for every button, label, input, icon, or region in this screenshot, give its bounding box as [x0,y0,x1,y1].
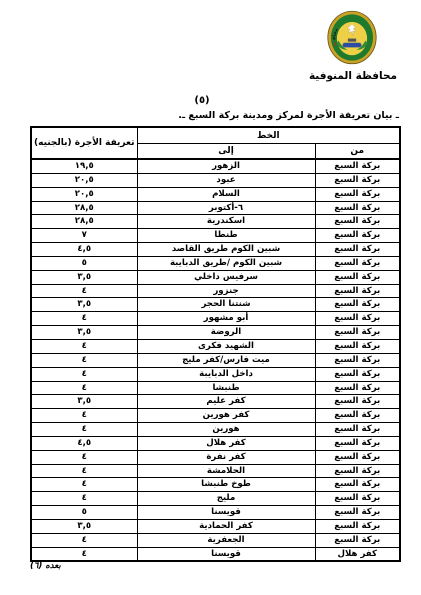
origin-cell: بركة السبع [315,436,400,450]
fare-cell: ٤ [31,464,137,478]
table-row: بركة السبع الجعفرية ٤ [31,533,400,547]
destination-cell: السلام [137,187,315,201]
origin-cell: بركة السبع [315,326,400,340]
origin-cell: كفر هلال [315,547,400,561]
destination-cell: كفر هلال [137,436,315,450]
table-row: بركة السبع كفر الحمادية ٣,٥ [31,519,400,533]
table-row: بركة السبع شبين الكوم /طريق الدبايبة ٥ [31,256,400,270]
route-group-header: الخط [137,127,400,144]
table-row: بركة السبع شنتنا الحجر ٣,٥ [31,298,400,312]
table-row: بركة السبع اسكندرية ٢٨,٥ [31,215,400,229]
destination-cell: طوخ طنبشا [137,478,315,492]
table-row: بركة السبع طوخ طنبشا ٤ [31,478,400,492]
origin-cell: بركة السبع [315,312,400,326]
to-column-header: إلى [137,144,315,160]
table-row: بركة السبع مليج ٤ [31,492,400,506]
governorate-name: محافظة المنوفية [304,70,402,82]
destination-cell: الجعفرية [137,533,315,547]
table-row: بركة السبع السلام ٢٠,٥ [31,187,400,201]
origin-cell: بركة السبع [315,409,400,423]
table-row: بركة السبع شبين الكوم طريق القاصد ٤,٥ [31,243,400,257]
fare-cell: ٣,٥ [31,298,137,312]
destination-cell: عبود [137,173,315,187]
origin-cell: بركة السبع [315,519,400,533]
fare-cell: ٢٨,٥ [31,215,137,229]
from-column-header: من [315,144,400,160]
page-number: (٥) [180,95,224,106]
origin-cell: بركة السبع [315,395,400,409]
fare-cell: ٤ [31,339,137,353]
table-row: بركة السبع قويسنا ٥ [31,506,400,520]
table-row: بركة السبع الشهيد فكرى ٤ [31,339,400,353]
document-title: ـ بيان تعريفة الأجرة لمركز ومدينة بركة ا… [178,110,399,121]
origin-cell: بركة السبع [315,533,400,547]
destination-cell: قويسنا [137,506,315,520]
origin-cell: بركة السبع [315,256,400,270]
table-row: بركة السبع كفر عليم ٣,٥ [31,395,400,409]
origin-cell: بركة السبع [315,229,400,243]
fare-cell: ٣,٥ [31,395,137,409]
origin-cell: بركة السبع [315,284,400,298]
fare-cell: ٥ [31,506,137,520]
origin-cell: بركة السبع [315,270,400,284]
origin-cell: بركة السبع [315,367,400,381]
destination-cell: الحلامشة [137,464,315,478]
fare-cell: ٤ [31,423,137,437]
table-row: بركة السبع ٦-أكتوبر ٢٨,٥ [31,201,400,215]
fare-cell: ٤ [31,409,137,423]
destination-cell: شبين الكوم طريق القاصد [137,243,315,257]
table-row: بركة السبع هورين ٤ [31,423,400,437]
fare-cell: ٢٠,٥ [31,173,137,187]
destination-cell: كفر هورين [137,409,315,423]
destination-cell: كفر الحمادية [137,519,315,533]
fare-cell: ٤ [31,547,137,561]
table-row: بركة السبع عبود ٢٠,٥ [31,173,400,187]
origin-cell: بركة السبع [315,353,400,367]
fare-cell: ٤ [31,312,137,326]
destination-cell: الروضة [137,326,315,340]
fare-column-header: تعريفة الأجرة (بالجنيه) [31,127,137,159]
table-row: بركة السبع سرفيس داخلي ٣,٥ [31,270,400,284]
destination-cell: ميت فارس/كفر مليج [137,353,315,367]
origin-cell: بركة السبع [315,464,400,478]
table-row: بركة السبع كفر نفرة ٤ [31,450,400,464]
fare-cell: ٥ [31,256,137,270]
destination-cell: سرفيس داخلي [137,270,315,284]
origin-cell: بركة السبع [315,298,400,312]
fare-cell: ٤ [31,450,137,464]
fare-cell: ٣,٥ [31,519,137,533]
destination-cell: الشهيد فكرى [137,339,315,353]
destination-cell: طنبشا [137,381,315,395]
table-row: بركة السبع الحلامشة ٤ [31,464,400,478]
fare-table: الخط تعريفة الأجرة (بالجنيه) من إلى بركة… [30,126,401,562]
destination-cell: اسكندرية [137,215,315,229]
table-row: بركة السبع داخل الدبايبة ٤ [31,367,400,381]
destination-cell: طنطا [137,229,315,243]
destination-cell: قويسنا [137,547,315,561]
origin-cell: بركة السبع [315,201,400,215]
table-row: بركة السبع الزهور ١٩,٥ [31,159,400,173]
fare-cell: ٤ [31,367,137,381]
fare-cell: ٤,٥ [31,436,137,450]
origin-cell: بركة السبع [315,450,400,464]
destination-cell: الزهور [137,159,315,173]
fare-cell: ٢٨,٥ [31,201,137,215]
fare-cell: ٤ [31,284,137,298]
table-row: بركة السبع طنبشا ٤ [31,381,400,395]
origin-cell: بركة السبع [315,492,400,506]
fare-cell: ٢٠,٥ [31,187,137,201]
fare-table-body: بركة السبع الزهور ١٩,٥ بركة السبع عبود ٢… [31,159,400,561]
table-row: بركة السبع الروضة ٣,٥ [31,326,400,340]
origin-cell: بركة السبع [315,243,400,257]
origin-cell: بركة السبع [315,506,400,520]
fare-cell: ٤ [31,478,137,492]
origin-cell: بركة السبع [315,478,400,492]
origin-cell: بركة السبع [315,423,400,437]
destination-cell: مليج [137,492,315,506]
menoufia-governorate-emblem-logo: محافظة المنوفية Menoufia Governorate [327,10,377,65]
table-row: بركة السبع طنطا ٧ [31,229,400,243]
table-row: بركة السبع أبو مشهور ٤ [31,312,400,326]
destination-cell: ٦-أكتوبر [137,201,315,215]
destination-cell: كفر نفرة [137,450,315,464]
origin-cell: بركة السبع [315,159,400,173]
table-row: كفر هلال قويسنا ٤ [31,547,400,561]
table-row: بركة السبع كفر هورين ٤ [31,409,400,423]
destination-cell: أبو مشهور [137,312,315,326]
destination-cell: شبين الكوم /طريق الدبايبة [137,256,315,270]
destination-cell: جنزور [137,284,315,298]
fare-cell: ٤ [31,353,137,367]
document-page: محافظة المنوفية Menoufia Governorate محا… [0,0,421,595]
next-page-note: بعده (٦) [30,561,61,571]
fare-cell: ٤,٥ [31,243,137,257]
table-row: بركة السبع كفر هلال ٤,٥ [31,436,400,450]
origin-cell: بركة السبع [315,215,400,229]
fare-cell: ١٩,٥ [31,159,137,173]
destination-cell: شنتنا الحجر [137,298,315,312]
fare-cell: ٤ [31,492,137,506]
origin-cell: بركة السبع [315,187,400,201]
table-row: بركة السبع جنزور ٤ [31,284,400,298]
destination-cell: كفر عليم [137,395,315,409]
fare-cell: ٤ [31,381,137,395]
table-row: بركة السبع ميت فارس/كفر مليج ٤ [31,353,400,367]
destination-cell: هورين [137,423,315,437]
fare-cell: ٧ [31,229,137,243]
fare-cell: ٤ [31,533,137,547]
origin-cell: بركة السبع [315,173,400,187]
fare-cell: ٣,٥ [31,270,137,284]
fare-cell: ٣,٥ [31,326,137,340]
destination-cell: داخل الدبايبة [137,367,315,381]
origin-cell: بركة السبع [315,381,400,395]
origin-cell: بركة السبع [315,339,400,353]
